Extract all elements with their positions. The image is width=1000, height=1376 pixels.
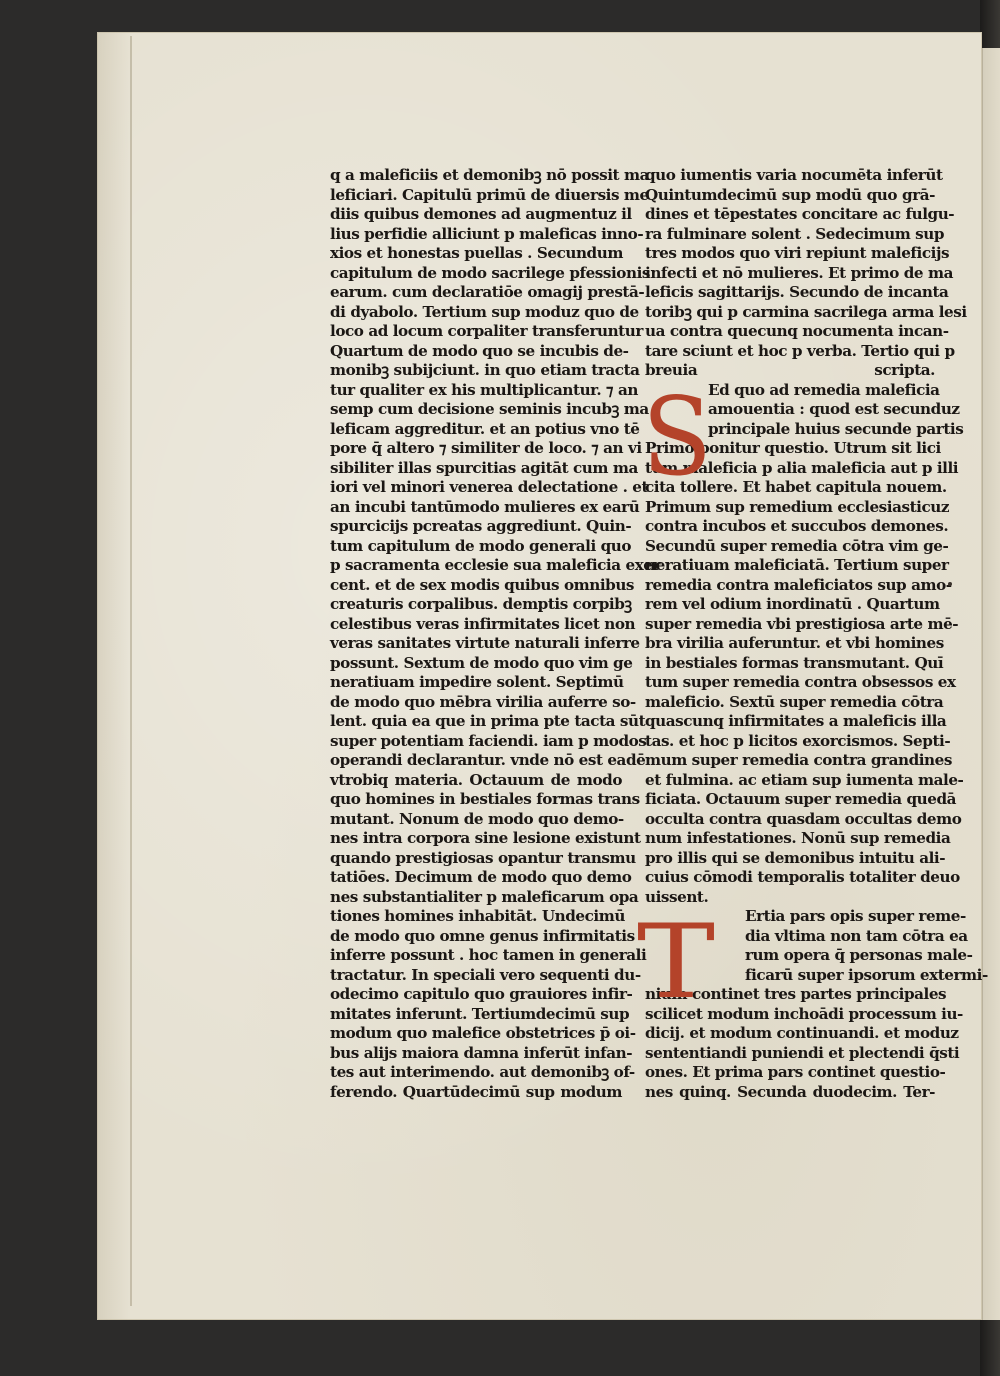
text-line: de modo quo mēbra virilia auferre so-	[330, 693, 622, 713]
text-line: quo iumentis varia nocumēta inferūt	[645, 166, 935, 186]
text-line: leficis sagittarijs. Secundo de incanta	[645, 283, 935, 303]
text-line: tare sciunt et hoc p verba. Tertio qui p	[645, 342, 935, 362]
gutter-fold-line	[130, 36, 132, 1306]
text-line: tes aut interimendo. aut demonibꝫ of-	[330, 1063, 622, 1083]
text-line: bra virilia auferuntur. et vbi homines	[645, 634, 935, 654]
text-line: tiones homines inhabitāt. Undecimū	[330, 907, 622, 927]
text-line: remedia contra maleficiatos sup amo-	[645, 576, 935, 596]
gutter-shadow	[97, 32, 131, 1320]
text-line: infecti et nō mulieres. Et primo de ma	[645, 264, 935, 284]
text-line: quando prestigiosas opantur transmu	[330, 849, 622, 869]
text-line: operandi declarantur. vnde nō est eadē	[330, 751, 622, 771]
text-line: contra incubos et succubos demones.	[645, 517, 935, 537]
text-line: leficiari. Capitulū primū de diuersis me	[330, 186, 622, 206]
text-line: neratiuam maleficiatā. Tertium super	[645, 556, 935, 576]
text-line: lent. quia ea que in prima pte tacta sūt	[330, 712, 622, 732]
text-line: dicij. et modum continuandi. et moduz	[645, 1024, 935, 1044]
text-line: de modo quo omne genus infirmitatis	[330, 927, 622, 947]
left-text-column: q a maleficiis et demonibꝫ nō possit mal…	[330, 166, 622, 1102]
text-line: leficam aggreditur. et an potius vno tē	[330, 420, 622, 440]
text-line: tur qualiter ex his multiplicantur. ⁊ an	[330, 381, 622, 401]
text-line: mutant. Nonum de modo quo demo-	[330, 810, 622, 830]
text-line: tum capitulum de modo generali quo	[330, 537, 622, 557]
text-line: diis quibus demones ad augmentuz il	[330, 205, 622, 225]
text-line: tum super remedia contra obsessos ex	[645, 673, 935, 693]
text-line: cent. et de sex modis quibus omnibus	[330, 576, 622, 596]
text-line: pore q̄ altero ⁊ similiter de loco. ⁊ an…	[330, 439, 622, 459]
text-line: modum quo malefice obstetrices p̄ oi-	[330, 1024, 622, 1044]
text-line: neratiuam impedire solent. Septimū	[330, 673, 622, 693]
text-line: loco ad locum corpaliter transferuntur	[330, 322, 622, 342]
text-line: tas. et hoc p licitos exorcismos. Septi-	[645, 732, 935, 752]
text-line: sententiandi puniendi et plectendi q̄sti	[645, 1044, 935, 1064]
text-line: rem vel odium inordinatū . Quartum	[645, 595, 935, 615]
text-line: tatiōes. Decimum de modo quo demo	[330, 868, 622, 888]
text-line: ra fulminare solent . Sedecimum sup	[645, 225, 935, 245]
text-line: super potentiam faciendi. iam p modos	[330, 732, 622, 752]
text-line: ones. Et prima pars continet questio-	[645, 1063, 935, 1083]
text-line: tres modos quo viri repiunt maleficijs	[645, 244, 935, 264]
paper-speck	[948, 582, 952, 586]
text-line: di dyabolo. Tertium sup moduz quo de	[330, 303, 622, 323]
text-line: et fulmina. ac etiam sup iumenta male-	[645, 771, 935, 791]
text-line: in bestiales formas transmutant. Quī	[645, 654, 935, 674]
text-line: possunt. Sextum de modo quo vim ge	[330, 654, 622, 674]
text-line: num infestationes. Nonū sup remedia	[645, 829, 935, 849]
text-line: tractatur. In speciali vero sequenti du-	[330, 966, 622, 986]
text-line: Quintumdecimū sup modū quo grā-	[645, 186, 935, 206]
text-line: dines et tēpestates concitare ac fulgu-	[645, 205, 935, 225]
text-line: nes substantialiter p maleficarum opa	[330, 888, 622, 908]
text-line: vtrobiq materia. Octauum de modo	[330, 771, 622, 791]
text-line: ua contra quecunq nocumenta incan-	[645, 322, 935, 342]
rubricated-initial-t: T	[637, 912, 715, 1014]
text-line: nes intra corpora sine lesione existunt	[330, 829, 622, 849]
text-line: odecimo capitulo quo grauiores infir-	[330, 985, 622, 1005]
text-line: celestibus veras infirmitates licet non	[330, 615, 622, 635]
text-line: spurcicijs pcreatas aggrediunt. Quin-	[330, 517, 622, 537]
text-line: creaturis corpalibus. demptis corpibꝫ	[330, 595, 622, 615]
text-line: toribꝫ qui p carmina sacrilega arma lesi	[645, 303, 935, 323]
text-line: monibꝫ subijciunt. in quo etiam tracta	[330, 361, 622, 381]
text-line: super remedia vbi prestigiosa arte mē-	[645, 615, 935, 635]
text-line: earum. cum declaratiōe omagij prestā-	[330, 283, 622, 303]
text-line: semp cum decisione seminis incubꝫ ma	[330, 400, 622, 420]
text-line: mitates inferunt. Tertiumdecimū sup	[330, 1005, 622, 1025]
text-line: Secundū super remedia cōtra vim ge-	[645, 537, 935, 557]
text-line: ficiata. Octauum super remedia quedā	[645, 790, 935, 810]
text-line: lius perfidie alliciunt p maleficas inno…	[330, 225, 622, 245]
text-line: cuius cōmodi temporalis totaliter deuo	[645, 868, 935, 888]
text-line: pro illis qui se demonibus intuitu ali-	[645, 849, 935, 869]
text-line: bus alijs maiora damna inferūt infan-	[330, 1044, 622, 1064]
text-line: sibiliter illas spurcitias agitāt cum ma	[330, 459, 622, 479]
next-leaf-edge	[982, 48, 1000, 1320]
text-line: Quartum de modo quo se incubis de-	[330, 342, 622, 362]
text-line: maleficio. Sextū super remedia cōtra	[645, 693, 935, 713]
text-line: ferendo. Quartūdecimū sup modum	[330, 1083, 622, 1103]
text-line: p sacramenta ecclesie sua maleficia exer	[330, 556, 622, 576]
text-line: an incubi tantūmodo mulieres ex earū	[330, 498, 622, 518]
text-line: mum super remedia contra grandines	[645, 751, 935, 771]
text-line: veras sanitates virtute naturali inferre	[330, 634, 622, 654]
text-line: Primum sup remedium ecclesiasticuz	[645, 498, 935, 518]
text-line: iori vel minori venerea delectatione . e…	[330, 478, 622, 498]
text-line: nes quinq. Secunda duodecim. Ter-	[645, 1083, 935, 1103]
text-line: quo homines in bestiales formas trans	[330, 790, 622, 810]
text-line: q a maleficiis et demonibꝫ nō possit ma	[330, 166, 622, 186]
text-line: quascunq infirmitates a maleficis illa	[645, 712, 935, 732]
text-line: occulta contra quasdam occultas demo	[645, 810, 935, 830]
text-line: capitulum de modo sacrilege pfessionis	[330, 264, 622, 284]
text-line: inferre possunt . hoc tamen in generali	[330, 946, 622, 966]
text-line: xios et honestas puellas . Secundum	[330, 244, 622, 264]
rubricated-initial-s: S	[642, 384, 712, 492]
